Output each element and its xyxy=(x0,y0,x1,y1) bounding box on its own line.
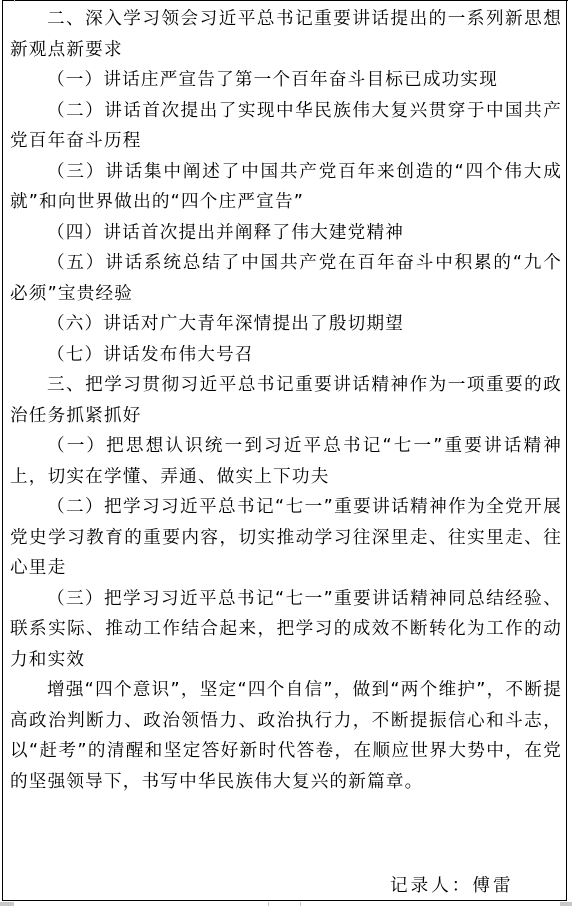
list-item: （六）讲话对广大青年深情提出了殷切期望 xyxy=(10,309,562,340)
recorder-signature: 记录人：傅雷 xyxy=(390,874,514,898)
list-item: （三）把学习习近平总书记“七一”重要讲话精神同总结经验、联系实际、推动工作结合起… xyxy=(10,584,562,676)
closing-paragraph: 增强“四个意识”，坚定“四个自信”，做到“两个维护”，不断提高政治判断力、政治领… xyxy=(10,675,562,797)
list-item: （一）讲话庄严宣告了第一个百年奋斗目标已成功实现 xyxy=(10,65,562,96)
list-item: （七）讲话发布伟大号召 xyxy=(10,340,562,371)
ruler-tick xyxy=(300,902,301,906)
list-item: （四）讲话首次提出并阐释了伟大建党精神 xyxy=(10,218,562,249)
list-item: （二）讲话首次提出了实现中华民族伟大复兴贯穿于中国共产党百年奋斗历程 xyxy=(10,96,562,157)
list-item: （二）把学习习近平总书记“七一”重要讲话精神作为全党开展党史学习教育的重要内容，… xyxy=(10,492,562,584)
list-item: （一）把思想认识统一到习近平总书记“七一”重要讲话精神上，切实在学懂、弄通、做实… xyxy=(10,431,562,492)
ruler-tick xyxy=(14,0,15,2)
ruler-tick xyxy=(268,902,269,906)
list-item: （五）讲话系统总结了中国共产党在百年奋斗中积累的“九个必须”宝贵经验 xyxy=(10,248,562,309)
ruler-tick xyxy=(560,902,572,906)
section-heading-2: 二、深入学习领会习近平总书记重要讲话提出的一系列新思想新观点新要求 xyxy=(10,4,562,65)
ruler-tick xyxy=(0,902,14,906)
meeting-record-body: 二、深入学习领会习近平总书记重要讲话提出的一系列新思想新观点新要求 （一）讲话庄… xyxy=(10,4,562,797)
section-heading-3: 三、把学习贯彻习近平总书记重要讲话精神作为一项重要的政治任务抓紧抓好 xyxy=(10,370,562,431)
list-item: （三）讲话集中阐述了中国共产党百年来创造的“四个伟大成就”和向世界做出的“四个庄… xyxy=(10,157,562,218)
